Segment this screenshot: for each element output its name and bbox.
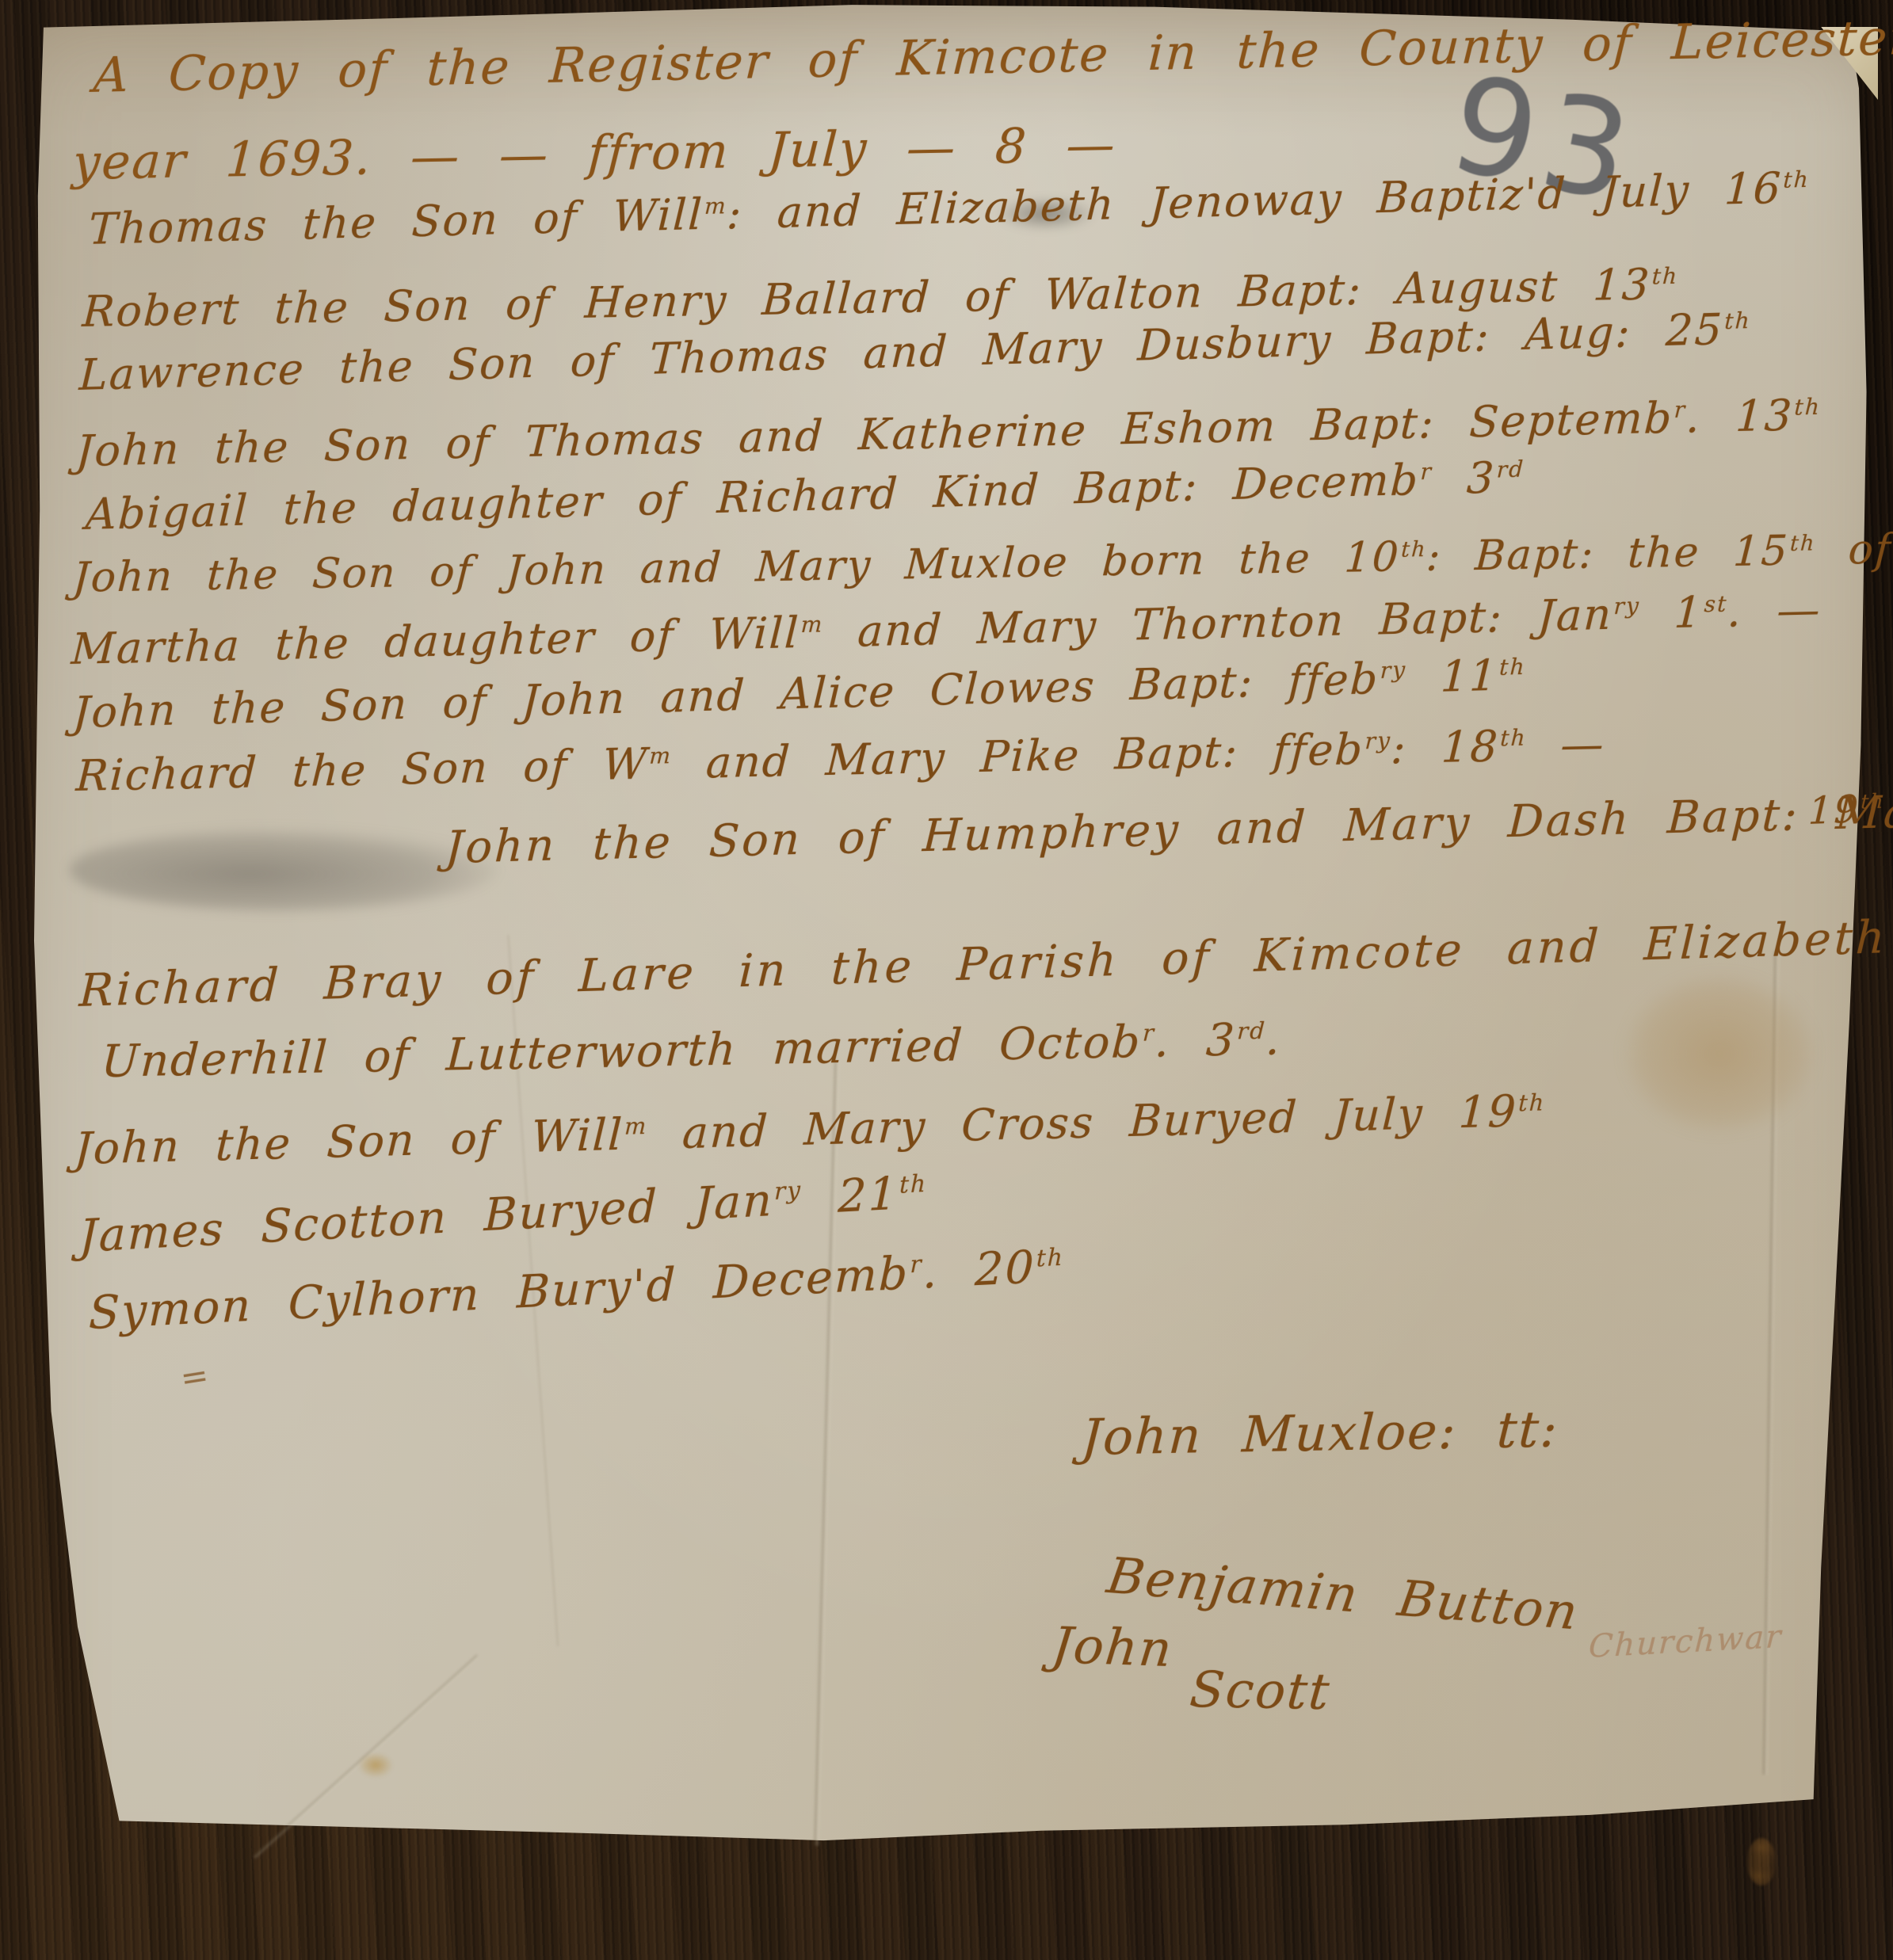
ink-smudge	[70, 829, 498, 911]
signature: Scott	[1188, 1661, 1333, 1721]
baptism-margin-date: 19th	[1807, 787, 1885, 833]
photograph-background: 93 A Copy of the Register of Kimcote in …	[0, 0, 1893, 1960]
signature: John	[1049, 1616, 1176, 1678]
stain-right-bottom-spots	[1747, 1838, 1776, 1886]
stain-bottom-left-spot	[358, 1752, 393, 1778]
signature: John Muxloe: tt:	[1080, 1400, 1560, 1466]
separator-mark: =	[177, 1355, 212, 1398]
stain-right-patch	[1624, 974, 1815, 1133]
